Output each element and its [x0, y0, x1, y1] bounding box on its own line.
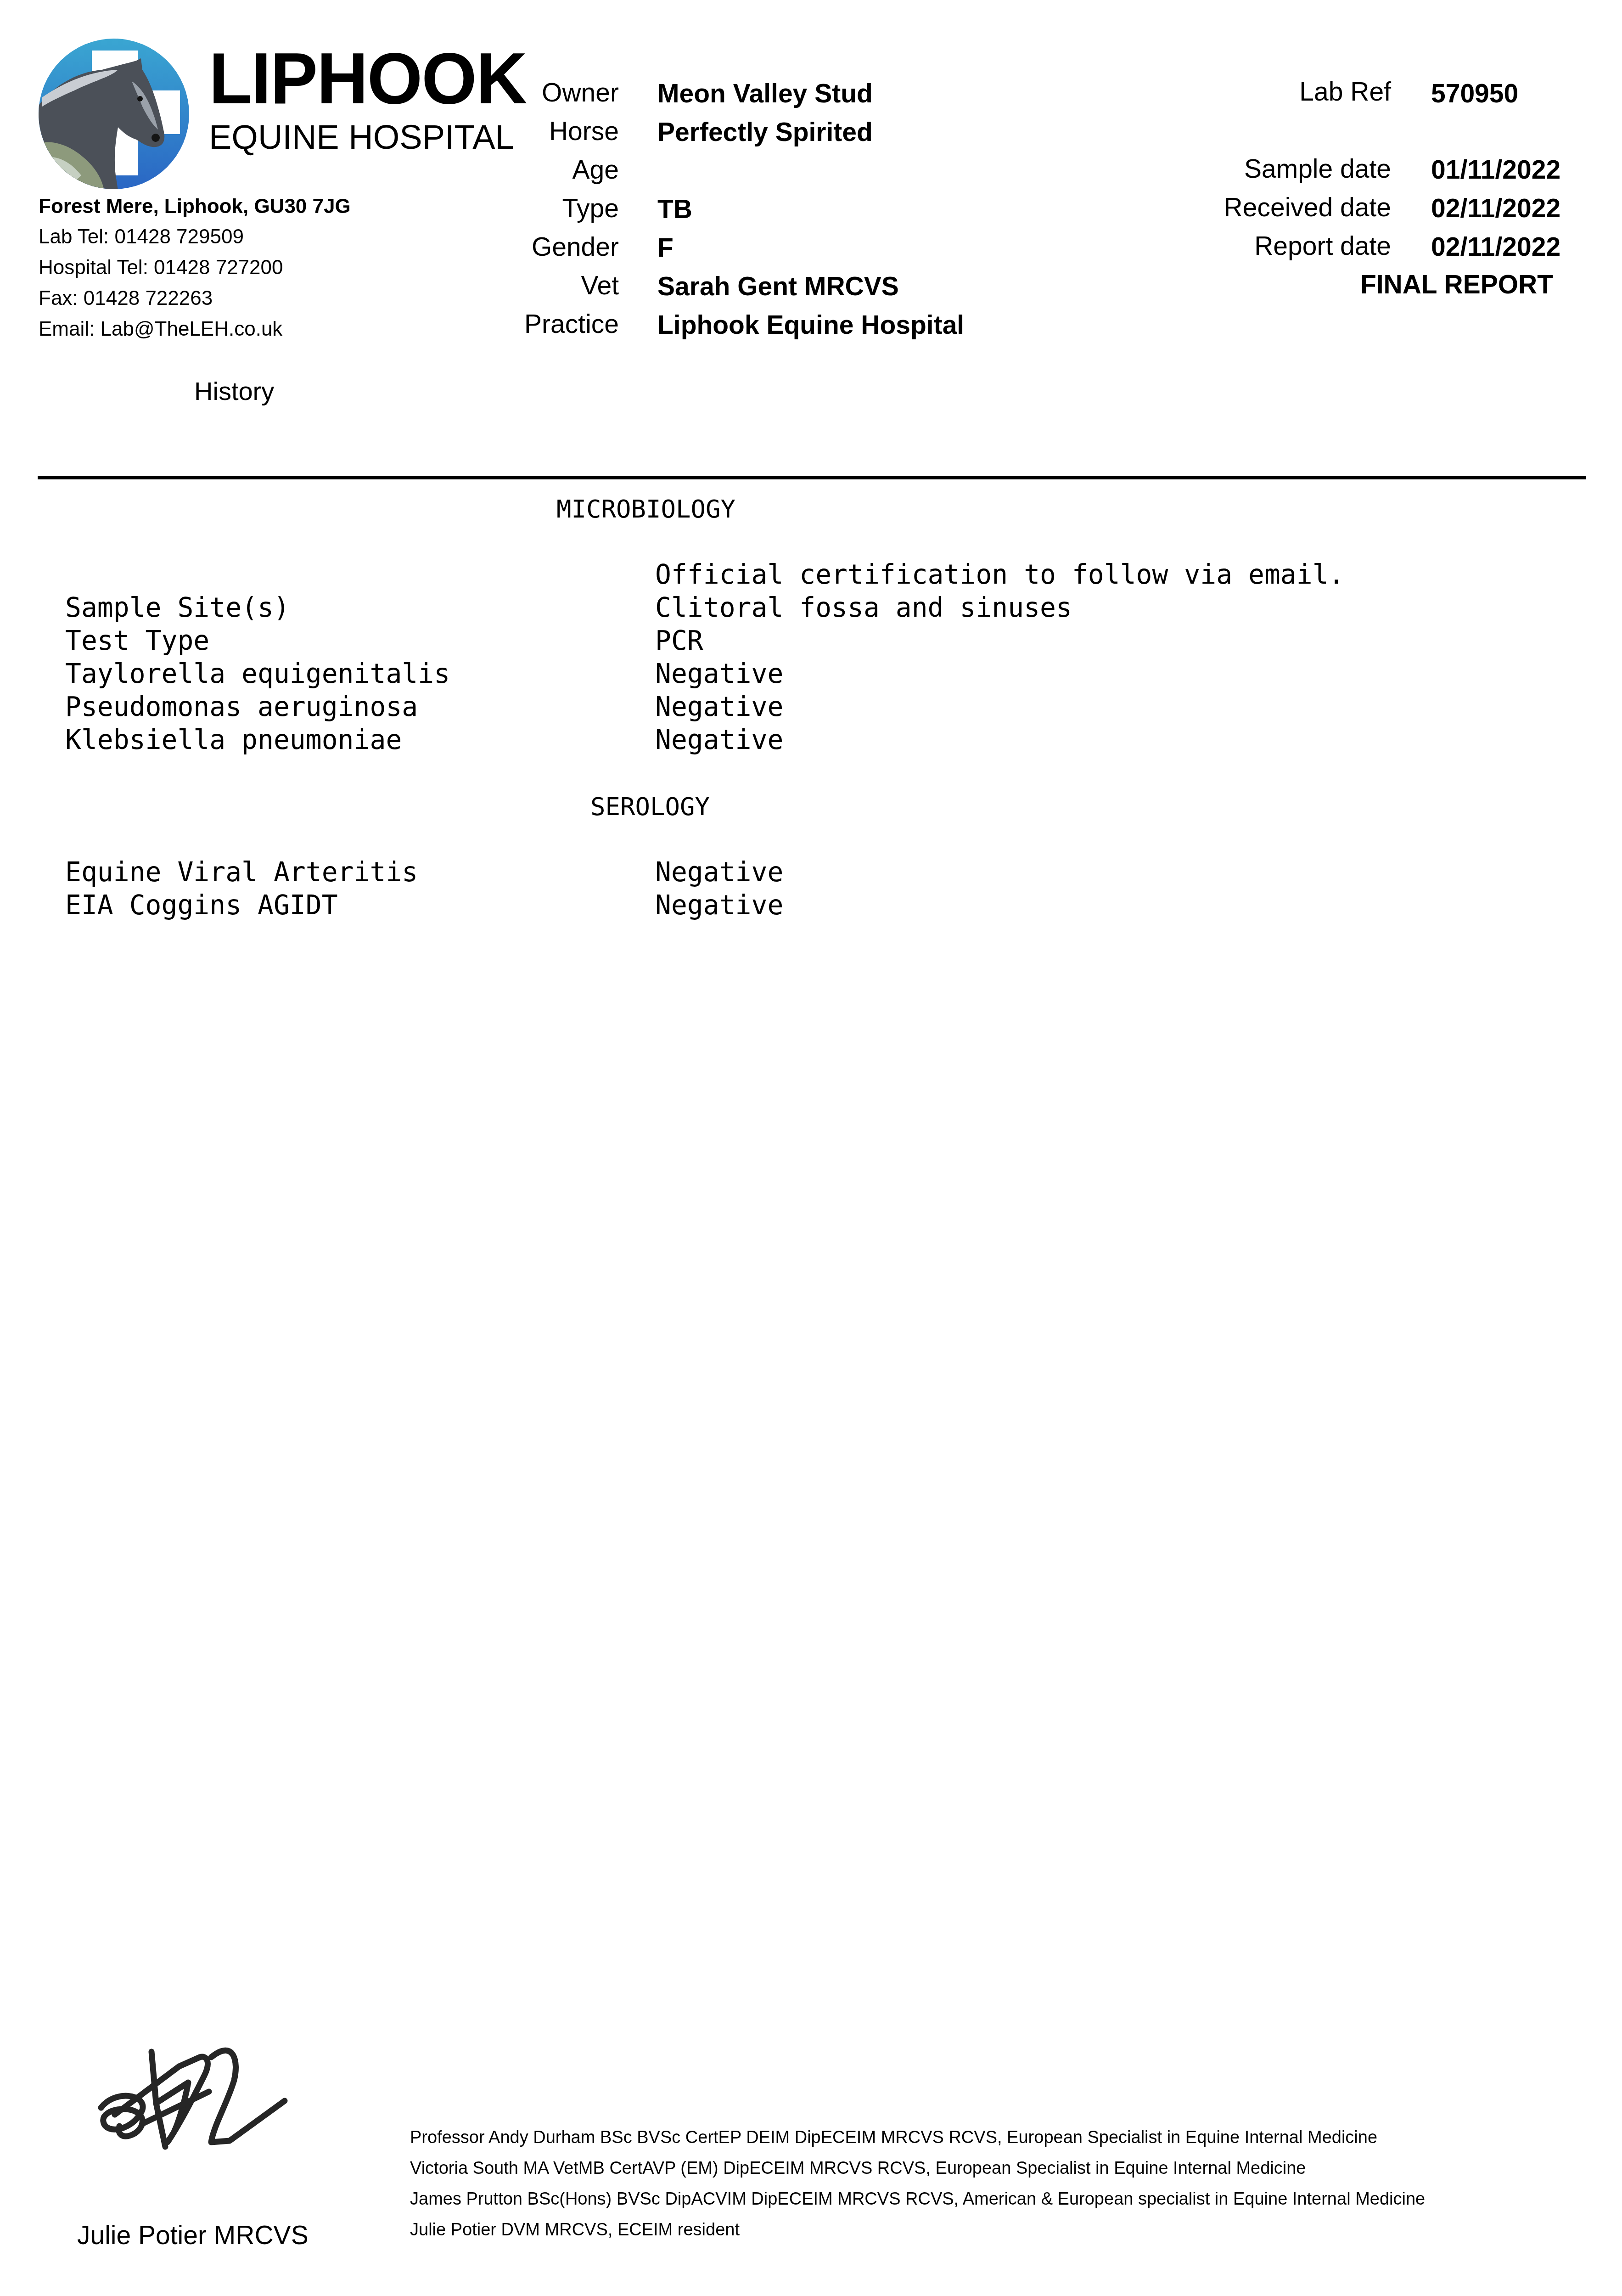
practice-value: Liphook Equine Hospital	[657, 312, 964, 338]
report-date-label: Report date	[1254, 233, 1391, 259]
brand-title: LIPHOOK	[209, 42, 527, 115]
vet-value: Sarah Gent MRCVS	[657, 274, 899, 300]
practice-label: Practice	[524, 311, 619, 338]
result-label: Pseudomonas aeruginosa	[65, 693, 418, 720]
result-value: PCR	[655, 627, 703, 654]
fax-number: Fax: 01428 722263	[39, 288, 213, 309]
header-divider	[38, 476, 1586, 479]
age-label: Age	[572, 157, 619, 183]
report-date-value: 02/11/2022	[1431, 234, 1560, 260]
staff-credential: Julie Potier DVM MRCVS, ECEIM resident	[410, 2221, 740, 2239]
brand-subtitle: EQUINE HOSPITAL	[209, 120, 514, 154]
address: Forest Mere, Liphook, GU30 7JG	[39, 197, 351, 217]
type-value: TB	[657, 197, 692, 223]
serology-heading: SEROLOGY	[590, 794, 710, 819]
result-label: EIA Coggins AGIDT	[65, 892, 338, 918]
owner-value: Meon Valley Stud	[657, 81, 873, 107]
lab-ref-label: Lab Ref	[1299, 79, 1391, 105]
certification-note: Official certification to follow via ema…	[655, 561, 1345, 588]
report-status: FINAL REPORT	[1360, 272, 1553, 298]
hospital-telephone: Hospital Tel: 01428 727200	[39, 258, 283, 278]
type-label: Type	[562, 196, 619, 222]
hospital-logo-icon	[38, 38, 190, 190]
vet-label: Vet	[581, 273, 619, 299]
sample-date-label: Sample date	[1244, 156, 1391, 182]
result-value: Negative	[655, 892, 783, 918]
result-label: Sample Site(s)	[65, 594, 290, 621]
result-label: Taylorella equigenitalis	[65, 660, 450, 687]
result-value: Negative	[655, 693, 783, 720]
horse-label: Horse	[549, 118, 619, 145]
received-date-value: 02/11/2022	[1431, 196, 1560, 222]
owner-label: Owner	[542, 80, 619, 106]
microbiology-heading: MICROBIOLOGY	[556, 497, 735, 522]
signature-icon	[87, 2039, 308, 2163]
gender-value: F	[657, 235, 673, 261]
sample-date-value: 01/11/2022	[1431, 157, 1560, 183]
lab-telephone: Lab Tel: 01428 729509	[39, 227, 244, 247]
result-value: Negative	[655, 859, 783, 885]
horse-value: Perfectly Spirited	[657, 119, 873, 146]
result-value: Negative	[655, 726, 783, 753]
email-address: Email: Lab@TheLEH.co.uk	[39, 319, 282, 339]
result-label: Test Type	[65, 627, 209, 654]
result-value: Negative	[655, 660, 783, 687]
gender-label: Gender	[532, 234, 619, 260]
result-label: Equine Viral Arteritis	[65, 859, 418, 885]
lab-ref-value: 570950	[1431, 81, 1518, 107]
staff-credential: Professor Andy Durham BSc BVSc CertEP DE…	[410, 2129, 1377, 2146]
staff-credential: James Prutton BSc(Hons) BVSc DipACVIM Di…	[410, 2190, 1425, 2208]
history-label: History	[194, 378, 274, 404]
result-value: Clitoral fossa and sinuses	[655, 594, 1072, 621]
result-label: Klebsiella pneumoniae	[65, 726, 402, 753]
received-date-label: Received date	[1224, 195, 1391, 221]
signer-name: Julie Potier MRCVS	[77, 2223, 309, 2249]
staff-credential: Victoria South MA VetMB CertAVP (EM) Dip…	[410, 2160, 1306, 2177]
